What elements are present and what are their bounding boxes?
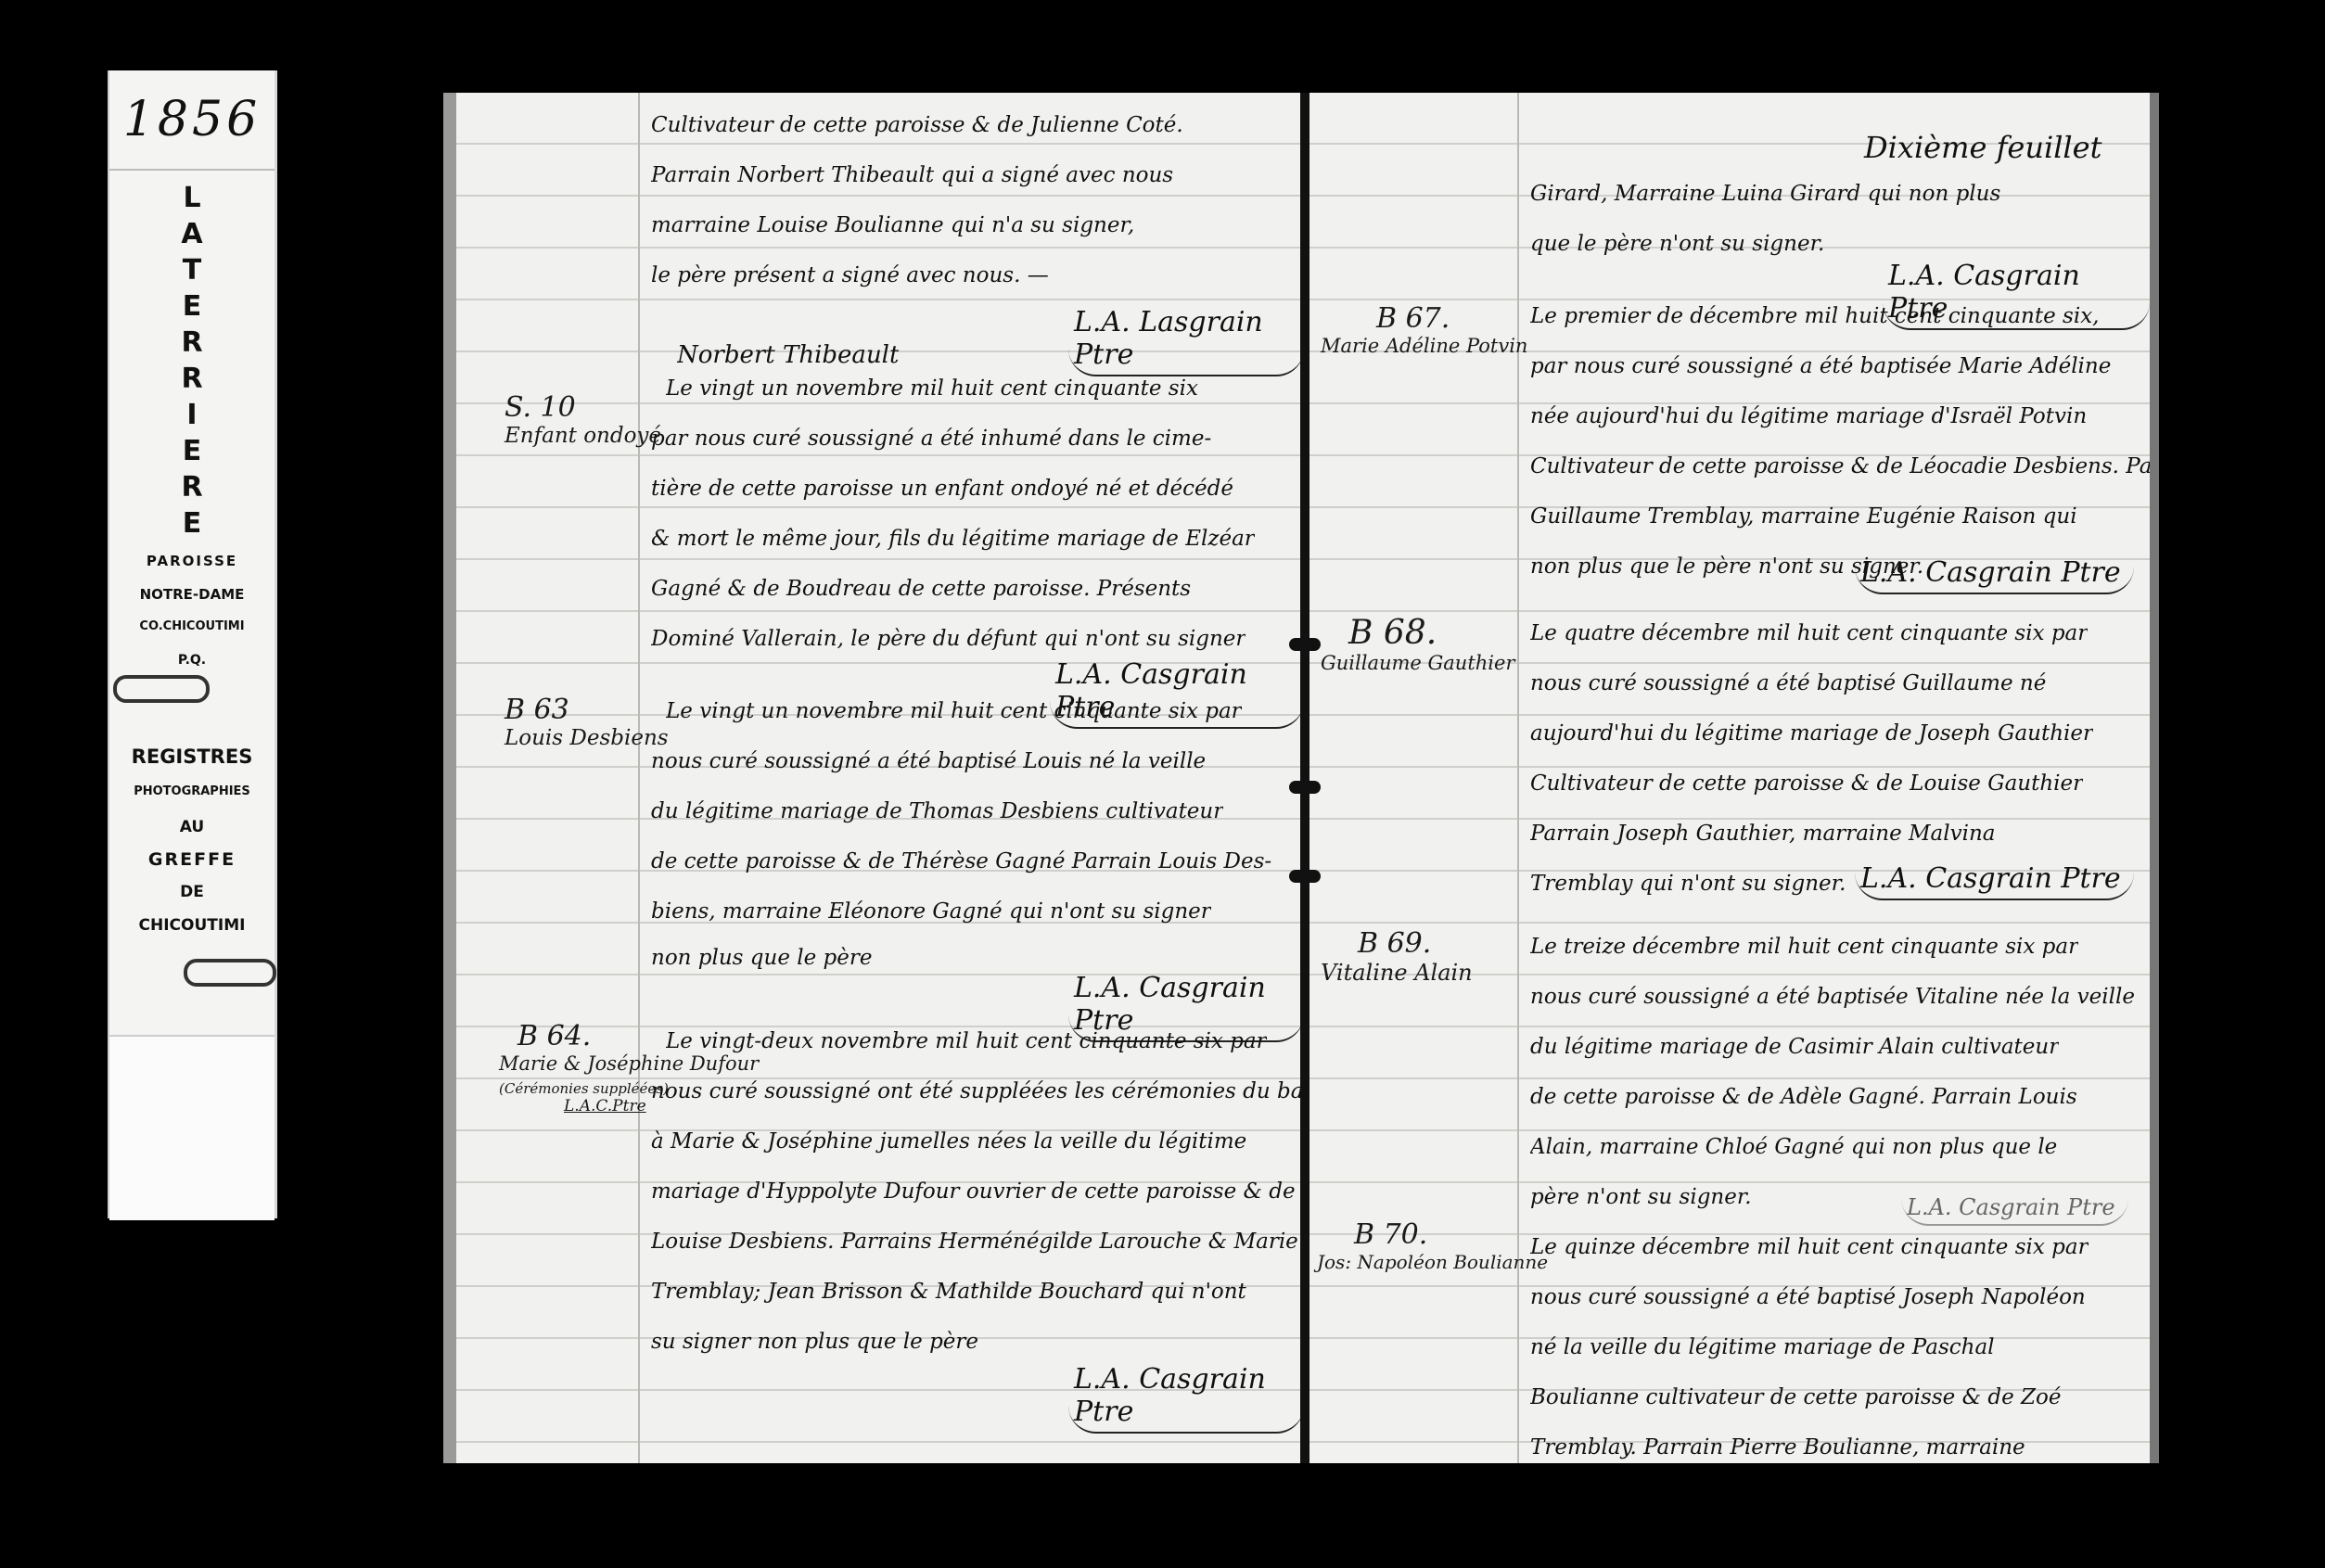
archive-label-strip: 1856 L A T E R R I E R E PAROISSE NOTRE-… — [108, 70, 277, 1218]
priest-signature: L.A. Casgrain Ptre — [1855, 862, 2134, 900]
text-line: du légitime mariage de Thomas Desbiens c… — [651, 799, 1223, 823]
entry-number: B 68. — [1348, 614, 1514, 652]
label-letter: I — [186, 397, 197, 433]
right-page: Dixième feuillet Girard, Marraine Luina … — [1308, 93, 2159, 1463]
text-line: tière de cette paroisse un enfant ondoyé… — [651, 477, 1233, 501]
label-notre-dame: NOTRE-DAME — [109, 586, 275, 603]
priest-signature: L.A. Casgrain Ptre — [1068, 1363, 1304, 1434]
entry-name: Jos: Napoléon Boulianne — [1317, 1251, 1548, 1273]
entry-margin: B 70. Jos: Napoléon Boulianne — [1317, 1218, 1548, 1273]
entry-name: Marie & Joséphine Dufour — [499, 1052, 647, 1075]
text-line: Le treize décembre mil huit cent cinquan… — [1530, 935, 2078, 959]
text-line: & mort le même jour, fils du légitime ma… — [651, 527, 1255, 551]
text-line: Tremblay; Jean Brisson & Mathilde Boucha… — [651, 1280, 1246, 1304]
entry-number: B 69. — [1358, 927, 1473, 960]
margin-rule — [638, 93, 640, 1463]
text-line: à Marie & Joséphine jumelles nées la vei… — [651, 1129, 1246, 1154]
entry-number: B 63 — [505, 694, 669, 726]
label-de: DE — [109, 883, 275, 901]
text-line: Louise Desbiens. Parrains Herménégilde L… — [651, 1230, 1298, 1254]
binding-hole — [1289, 781, 1321, 794]
text-line: Gagné & de Boudreau de cette paroisse. P… — [651, 577, 1191, 601]
text-line: Le quinze décembre mil huit cent cinquan… — [1530, 1235, 2089, 1259]
text-line: de cette paroisse & de Thérèse Gagné Par… — [651, 849, 1271, 873]
entry-note: (Cérémonies suppléées) — [499, 1080, 647, 1097]
text-line: Cultivateur de cette paroisse & de Julie… — [651, 113, 1183, 137]
text-line: nous curé soussigné a été baptisé Joseph… — [1530, 1285, 2086, 1309]
entry-name: Marie Adéline Potvin — [1321, 335, 1527, 357]
label-parish-name: L A T E R R I E R E — [109, 180, 275, 542]
text-line: Alain, marraine Chloé Gagné qui non plus… — [1530, 1135, 2057, 1159]
entry-name: Louis Desbiens — [505, 726, 669, 750]
entry-margin: B 69. Vitaline Alain — [1321, 927, 1473, 986]
text-line: mariage d'Hyppolyte Dufour ouvrier de ce… — [651, 1179, 1296, 1204]
label-letter: R — [181, 469, 202, 505]
label-letter: L — [183, 180, 200, 216]
label-greffe: GREFFE — [109, 849, 275, 870]
text-line: Dominé Vallerain, le père du défunt qui … — [651, 627, 1246, 651]
entry-number: B 70. — [1354, 1218, 1548, 1251]
entry-number: S. 10 — [505, 391, 661, 424]
text-line: nous curé soussigné a été baptisé Louis … — [651, 749, 1206, 773]
text-line: Parrain Norbert Thibeault qui a signé av… — [651, 163, 1173, 187]
text-line: que le père n'ont su signer. — [1530, 232, 1824, 256]
entry-name: Enfant ondoyé — [505, 424, 661, 448]
label-registres: REGISTRES — [109, 746, 275, 768]
label-chicoutimi: CHICOUTIMI — [109, 916, 275, 935]
entry-number: B 64. — [517, 1020, 647, 1052]
entry-heading-name: Norbert Thibeault — [677, 341, 899, 369]
text-line: Guillaume Tremblay, marraine Eugénie Rai… — [1530, 504, 2077, 529]
text-line: Le quatre décembre mil huit cent cinquan… — [1530, 621, 2088, 645]
text-line: Girard, Marraine Luina Girard qui non pl… — [1530, 182, 2000, 206]
left-page: Cultivateur de cette paroisse & de Julie… — [443, 93, 1304, 1463]
label-letter: E — [183, 505, 202, 542]
text-line: Boulianne cultivateur de cette paroisse … — [1530, 1385, 2061, 1409]
entry-name: Guillaume Gauthier — [1321, 652, 1514, 674]
text-line: par nous curé soussigné a été baptisée M… — [1530, 354, 2111, 378]
text-line: par nous curé soussigné a été inhumé dan… — [651, 427, 1211, 451]
text-line: marraine Louise Boulianne qui n'a su sig… — [651, 213, 1134, 237]
label-county: CO.CHICOUTIMI — [109, 619, 275, 633]
text-line: le père présent a signé avec nous. — — [651, 263, 1049, 287]
priest-signature: L.A. Lasgrain Ptre — [1068, 306, 1304, 376]
entry-name: Vitaline Alain — [1321, 960, 1473, 986]
priest-signature: L.A. Casgrain Ptre — [1855, 556, 2134, 594]
text-line: père n'ont su signer. — [1530, 1185, 1752, 1209]
label-blank-area — [109, 1035, 275, 1220]
label-letter: E — [183, 433, 202, 469]
label-year: 1856 — [109, 70, 275, 171]
label-paroisse: PAROISSE — [109, 553, 275, 569]
entry-number: B 67. — [1376, 302, 1527, 335]
text-line: biens, marraine Eléonore Gagné qui n'ont… — [651, 899, 1211, 924]
folio-heading: Dixième feuillet — [1864, 130, 2101, 165]
entry-margin: B 67. Marie Adéline Potvin — [1321, 302, 1527, 357]
text-line: du légitime mariage de Casimir Alain cul… — [1530, 1035, 2059, 1059]
label-province: P.Q. — [109, 653, 275, 668]
entry-margin: B 68. Guillaume Gauthier — [1321, 614, 1514, 674]
text-line: non plus que le père — [651, 946, 872, 970]
entry-margin: B 63 Louis Desbiens — [505, 694, 669, 750]
label-au: AU — [109, 818, 275, 836]
text-line: Le premier de décembre mil huit cent cin… — [1530, 304, 2099, 328]
text-line: nous curé soussigné ont été suppléées le… — [651, 1079, 1304, 1103]
paperclip-icon — [113, 675, 210, 703]
label-letter: T — [183, 252, 201, 288]
paperclip-icon — [184, 959, 276, 987]
text-line: nous curé soussigné a été baptisé Guilla… — [1530, 671, 2046, 695]
priest-signature: L.A. Casgrain Ptre — [1901, 1194, 2128, 1226]
text-line: aujourd'hui du légitime mariage de Josep… — [1530, 721, 2093, 746]
entry-initials: L.A.C.Ptre — [564, 1097, 647, 1115]
text-line: Le vingt un novembre mil huit cent cinqu… — [666, 376, 1198, 401]
text-line: Le vingt-deux novembre mil huit cent cin… — [666, 1029, 1267, 1053]
text-line: Tremblay. Parrain Pierre Boulianne, marr… — [1530, 1435, 2025, 1460]
label-letter: R — [181, 325, 202, 361]
binding-hole — [1289, 638, 1321, 651]
text-line: su signer non plus que le père — [651, 1330, 978, 1354]
label-photographies: PHOTOGRAPHIES — [109, 784, 275, 798]
binding-hole — [1289, 870, 1321, 883]
text-line: née aujourd'hui du légitime mariage d'Is… — [1530, 404, 2087, 428]
text-line: Parrain Joseph Gauthier, marraine Malvin… — [1530, 822, 1996, 846]
text-line: Cultivateur de cette paroisse & de Louis… — [1530, 771, 2083, 796]
label-letter: A — [181, 216, 202, 252]
text-line: nous curé soussigné a été baptisée Vital… — [1530, 985, 2135, 1009]
label-letter: E — [183, 288, 202, 325]
text-line: Cultivateur de cette paroisse & de Léoca… — [1530, 454, 2159, 478]
label-letter: R — [181, 361, 202, 397]
text-line: de cette paroisse & de Adèle Gagné. Parr… — [1530, 1085, 2077, 1109]
entry-margin: S. 10 Enfant ondoyé — [505, 391, 661, 448]
register-book: Cultivateur de cette paroisse & de Julie… — [443, 93, 2159, 1465]
text-line: né la veille du légitime mariage de Pasc… — [1530, 1335, 1995, 1359]
book-gutter — [1300, 93, 1309, 1463]
text-line: Le vingt un novembre mil huit cent cinqu… — [666, 699, 1242, 723]
text-line: Tremblay qui n'ont su signer. — [1530, 872, 1846, 896]
entry-margin: B 64. Marie & Joséphine Dufour (Cérémoni… — [499, 1020, 647, 1115]
